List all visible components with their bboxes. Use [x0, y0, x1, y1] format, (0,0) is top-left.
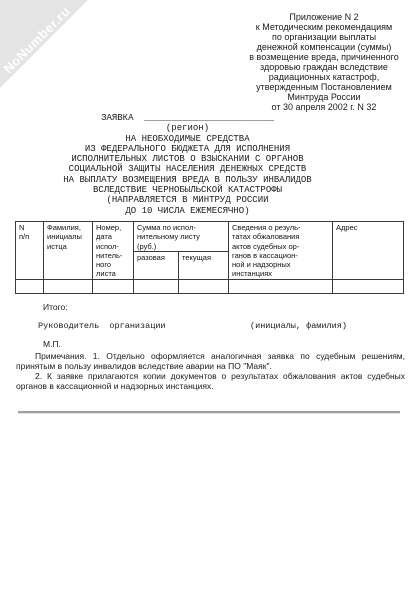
title-line: НА ВЫПЛАТУ ВОЗМЕЩЕНИЯ ВРЕДА В ПОЛЬЗУ ИНВ… — [15, 175, 360, 185]
appendix-header-line: радиационных катастроф, — [240, 72, 408, 82]
empty-cell — [134, 280, 179, 294]
signature-title: Руководитель организации — [38, 321, 166, 331]
appendix-header-line: к Методическим рекомендациям — [240, 22, 408, 32]
appendix-header-line: утвержденным Постановлением — [240, 82, 408, 92]
appendix-header-line: Минтруда России — [240, 92, 408, 102]
appendix-header-line: денежной компенсации (суммы) — [240, 42, 408, 52]
col-header-address: Адрес — [333, 222, 404, 280]
col-header-sum-once: разовая — [134, 252, 179, 280]
stamp-label: М.П. — [43, 339, 61, 349]
appendix-header-line: в возмещение вреда, причиненного — [240, 52, 408, 62]
col-header-writ: Номер, дата испол- нитель- ного листа — [93, 222, 134, 280]
empty-cell — [44, 280, 93, 294]
empty-cell — [229, 280, 333, 294]
empty-cell — [93, 280, 134, 294]
title-line: (НАПРАВЛЯЕТСЯ В МИНТРУД РОССИИ — [15, 195, 360, 205]
title-line: ИСПОЛНИТЕЛЬНЫХ ЛИСТОВ О ВЗЫСКАНИИ С ОРГА… — [15, 154, 360, 164]
signature-row: Руководитель организации (инициалы, фами… — [0, 321, 420, 333]
appendix-header: Приложение N 2 к Методическим рекомендац… — [240, 12, 408, 112]
notes-block: Примечания. 1. Отдельно оформляется анал… — [16, 351, 405, 391]
divider-rule — [18, 411, 400, 414]
table-header-row-1: N п/п Фамилия, инициалы истца Номер, дат… — [16, 222, 404, 252]
note-paragraph-2: 2. К заявке прилагаются копии документов… — [16, 371, 405, 391]
title-line: ИЗ ФЕДЕРАЛЬНОГО БЮДЖЕТА ДЛЯ ИСПОЛНЕНИЯ — [15, 144, 360, 154]
table-row — [16, 280, 404, 294]
title-line: ВСЛЕДСТВИЕ ЧЕРНОБЫЛЬСКОЙ КАТАСТРОФЫ — [15, 185, 360, 195]
title-line: СОЦИАЛЬНОЙ ЗАЩИТЫ НАСЕЛЕНИЯ ДЕНЕЖНЫХ СРЕ… — [15, 164, 360, 174]
note-paragraph-1: Примечания. 1. Отдельно оформляется анал… — [16, 351, 405, 371]
empty-cell — [16, 280, 44, 294]
col-header-sum-current: текущая — [179, 252, 229, 280]
watermark-ribbon: NoNumber.ru — [0, 0, 100, 100]
col-header-sum: Сумма по испол- нительному листу (руб.) — [134, 222, 229, 252]
empty-cell — [333, 280, 404, 294]
zayavka-region-blank: ЗАЯВКА ________________________ — [15, 113, 360, 123]
totals-label: Итого: — [43, 302, 68, 312]
region-hint: (регион) — [15, 123, 360, 133]
empty-cell — [179, 280, 229, 294]
application-title: ЗАЯВКА ________________________ (регион)… — [15, 113, 360, 216]
title-line: НА НЕОБХОДИМЫЕ СРЕДСТВА — [15, 134, 360, 144]
col-header-num: N п/п — [16, 222, 44, 280]
document-page: NoNumber.ru Приложение N 2 к Методически… — [0, 0, 420, 600]
claims-table: N п/п Фамилия, инициалы истца Номер, дат… — [15, 221, 404, 294]
appendix-header-line: от 30 апреля 2002 г. N 32 — [240, 102, 408, 112]
col-header-appeal: Сведения о резуль- татах обжалования акт… — [229, 222, 333, 280]
col-header-plaintiff: Фамилия, инициалы истца — [44, 222, 93, 280]
appendix-header-line: по организации выплаты — [240, 32, 408, 42]
appendix-header-line: здоровью граждан вследствие — [240, 62, 408, 72]
appendix-header-line: Приложение N 2 — [240, 12, 408, 22]
title-line: ДО 10 ЧИСЛА ЕЖЕМЕСЯЧНО) — [15, 206, 360, 216]
watermark-band — [0, 0, 88, 88]
signature-name-hint: (инициалы, фамилия) — [250, 321, 347, 331]
